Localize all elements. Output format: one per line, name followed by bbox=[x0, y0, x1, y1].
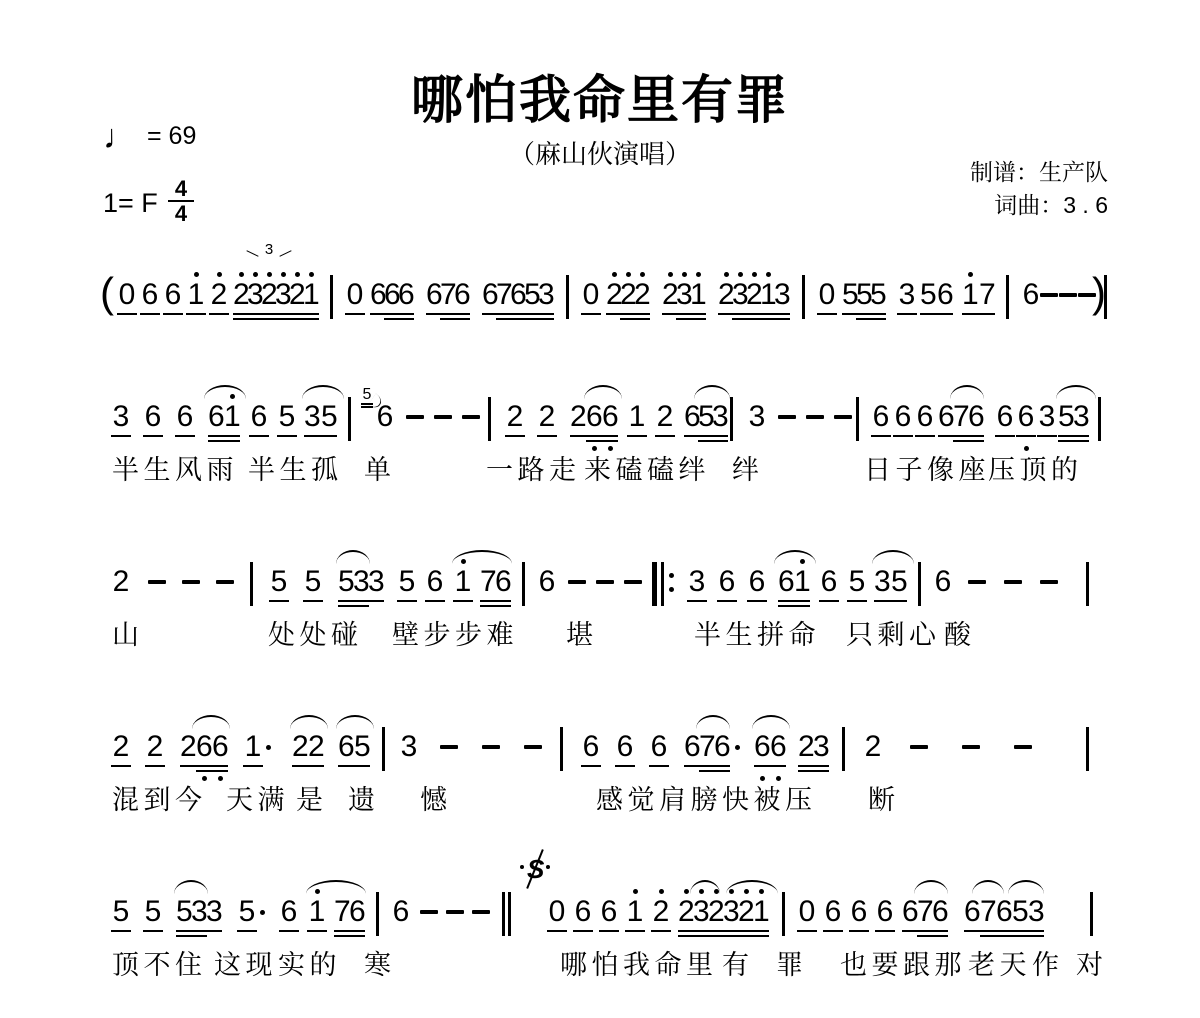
beam-line bbox=[581, 313, 601, 315]
time-signature-numerator: 4 bbox=[168, 177, 194, 202]
beam-line bbox=[962, 313, 995, 315]
beam-line bbox=[304, 435, 337, 437]
slur-arc bbox=[972, 880, 1004, 894]
octave-dot-above bbox=[752, 272, 757, 277]
credit-arranger: 制谱：生产队 bbox=[970, 156, 1108, 189]
beam-line bbox=[856, 318, 886, 320]
beam-line bbox=[145, 765, 165, 767]
beam-line bbox=[620, 318, 650, 320]
note: 6 bbox=[208, 400, 224, 434]
beam-line bbox=[676, 318, 706, 320]
note: 3 bbox=[206, 895, 222, 929]
beam-line bbox=[897, 313, 917, 315]
duration-dash bbox=[1004, 580, 1022, 584]
note: 6 bbox=[902, 895, 918, 929]
note: 6 bbox=[820, 565, 838, 599]
note: 5 bbox=[870, 278, 886, 312]
tuplet-number: 3 bbox=[265, 241, 273, 258]
note: 5 bbox=[398, 565, 416, 599]
lyric-phrase: 罪 bbox=[776, 943, 808, 982]
note: 3 bbox=[1028, 895, 1044, 929]
octave-dot-above bbox=[309, 272, 314, 277]
note: 1 bbox=[628, 400, 646, 434]
beam-line bbox=[277, 435, 297, 437]
beam-line bbox=[196, 770, 228, 772]
score-line: 2226612265366667666232混到今天满是遗憾感觉肩膀快被压断 bbox=[0, 730, 1200, 840]
note: 6 bbox=[600, 895, 618, 929]
lyric-phrase: 哪怕我命里 bbox=[560, 943, 718, 982]
beam-line bbox=[547, 930, 567, 932]
barline bbox=[376, 892, 379, 936]
note: 3 bbox=[898, 278, 916, 312]
octave-dot-above bbox=[766, 272, 771, 277]
duration-dash bbox=[962, 745, 980, 749]
duration-dash bbox=[182, 580, 200, 584]
note: 3 bbox=[712, 400, 728, 434]
note: 6 bbox=[616, 730, 634, 764]
lyric-phrase: 壁步步难 bbox=[392, 613, 518, 652]
score-line: 2555335617663666165356山处处碰壁步步难堪半生拼命只剩心酸 bbox=[0, 565, 1200, 675]
note: 6 bbox=[349, 895, 365, 929]
note: 1 bbox=[454, 565, 472, 599]
duration-dash bbox=[406, 415, 424, 419]
beam-line bbox=[798, 765, 829, 767]
beam-line bbox=[208, 440, 240, 442]
duration-dash bbox=[596, 580, 614, 584]
lyric-phrase: 只剩心 bbox=[846, 613, 941, 652]
duration-dash bbox=[910, 745, 928, 749]
beam-line bbox=[175, 435, 195, 437]
note: 6 bbox=[164, 278, 182, 312]
duration-dash bbox=[778, 415, 796, 419]
slur-arc bbox=[452, 550, 512, 564]
note: 6 bbox=[426, 565, 444, 599]
barline bbox=[782, 892, 785, 936]
note: 2 bbox=[210, 278, 228, 312]
lyric-phrase: 对 bbox=[1076, 943, 1108, 982]
note: 6 bbox=[754, 730, 770, 764]
note: 3 bbox=[693, 895, 709, 929]
augmentation-dot bbox=[735, 745, 740, 750]
slur-arc bbox=[696, 715, 730, 729]
note: 6 bbox=[212, 730, 228, 764]
note: 6 bbox=[937, 278, 953, 312]
beam-line bbox=[823, 930, 843, 932]
note: 3 bbox=[723, 895, 739, 929]
octave-dot-above bbox=[684, 889, 689, 894]
beam-line bbox=[678, 935, 769, 937]
note: 6 bbox=[996, 895, 1012, 929]
duration-dash bbox=[834, 415, 852, 419]
octave-dot-above bbox=[724, 272, 729, 277]
slur-arc bbox=[336, 550, 370, 564]
note: 6 bbox=[684, 730, 700, 764]
note: 2 bbox=[708, 895, 724, 929]
note: 6 bbox=[718, 565, 736, 599]
note: 7 bbox=[699, 730, 715, 764]
note: 7 bbox=[917, 895, 933, 929]
note: 3 bbox=[688, 565, 706, 599]
beam-line bbox=[938, 435, 984, 437]
note: 2 bbox=[570, 400, 586, 434]
note: 3 bbox=[538, 278, 554, 312]
note: 1 bbox=[690, 278, 706, 312]
duration-dash bbox=[968, 580, 986, 584]
beam-line bbox=[699, 770, 730, 772]
note: 2 bbox=[652, 895, 670, 929]
note: 6 bbox=[916, 400, 934, 434]
note: 6 bbox=[934, 565, 952, 599]
beam-line bbox=[480, 600, 511, 602]
beam-line bbox=[684, 765, 730, 767]
beam-line bbox=[397, 600, 417, 602]
note: 6 bbox=[850, 895, 868, 929]
beam-line bbox=[338, 600, 384, 602]
beam-line bbox=[747, 600, 767, 602]
barline bbox=[560, 727, 563, 771]
lyric-phrase: 寒 bbox=[364, 943, 396, 982]
beam-line bbox=[678, 930, 769, 932]
note: 3 bbox=[774, 278, 790, 312]
note: 5 bbox=[891, 565, 907, 599]
note: 3 bbox=[353, 565, 369, 599]
lyric-phrase: 半生风雨 bbox=[112, 448, 238, 487]
lyric-phrase: 酸 bbox=[944, 613, 976, 652]
duration-dash bbox=[434, 415, 452, 419]
note: 2 bbox=[634, 278, 650, 312]
beam-line bbox=[798, 770, 829, 772]
octave-dot-above bbox=[217, 272, 222, 277]
note: 6 bbox=[770, 730, 786, 764]
beam-line bbox=[269, 600, 289, 602]
note: 6 bbox=[876, 895, 894, 929]
barline bbox=[522, 562, 525, 606]
beam-line bbox=[334, 935, 365, 937]
lyric-phrase: 实的 bbox=[278, 943, 341, 982]
slur-arc bbox=[290, 715, 328, 729]
note: 6 bbox=[602, 400, 618, 434]
beam-line bbox=[1058, 435, 1089, 437]
duration-dash bbox=[1040, 580, 1058, 584]
credit-writer: 词曲：3 . 6 bbox=[970, 189, 1108, 222]
lyric-phrase: 感觉肩膀快被压 bbox=[596, 778, 817, 817]
note: 1 bbox=[626, 895, 644, 929]
note: 3 bbox=[813, 730, 829, 764]
beam-line bbox=[482, 313, 554, 315]
octave-dot-above bbox=[253, 272, 258, 277]
duration-dash bbox=[524, 745, 542, 749]
slur-arc bbox=[914, 880, 948, 894]
duration-dash bbox=[1059, 293, 1077, 297]
beam-line bbox=[570, 435, 618, 437]
note: 1 bbox=[187, 278, 205, 312]
note: 5 bbox=[304, 565, 322, 599]
lyric-phrase: 山 bbox=[112, 613, 144, 652]
note: 0 bbox=[582, 278, 600, 312]
beam-line bbox=[980, 935, 1044, 937]
note: 3 bbox=[304, 400, 320, 434]
note: 3 bbox=[1038, 400, 1056, 434]
note: 5 bbox=[278, 400, 296, 434]
barline bbox=[382, 727, 385, 771]
barline bbox=[1006, 275, 1009, 319]
octave-dot-above bbox=[295, 272, 300, 277]
beam-line bbox=[917, 935, 948, 937]
note: 3 bbox=[191, 895, 207, 929]
octave-dot-below bbox=[218, 776, 223, 781]
note: 6 bbox=[250, 400, 268, 434]
note: 5 bbox=[1012, 895, 1028, 929]
beam-line bbox=[849, 930, 869, 932]
beam-line bbox=[615, 765, 635, 767]
note: 1 bbox=[303, 278, 319, 312]
beam-line bbox=[599, 930, 619, 932]
beam-line bbox=[655, 435, 675, 437]
beam-line bbox=[140, 313, 160, 315]
note: 3 bbox=[1073, 400, 1089, 434]
beam-line bbox=[384, 318, 414, 320]
duration-dash bbox=[806, 415, 824, 419]
note: 2 bbox=[738, 895, 754, 929]
note: 6 bbox=[376, 400, 394, 434]
tempo-value: = 69 bbox=[147, 122, 196, 150]
beam-line bbox=[754, 765, 786, 767]
octave-dot-above bbox=[612, 272, 617, 277]
barline bbox=[488, 397, 491, 441]
beam-line bbox=[606, 313, 650, 315]
beam-line bbox=[1037, 435, 1057, 437]
note: 6 bbox=[1022, 278, 1040, 312]
barline bbox=[1086, 562, 1089, 606]
beam-line bbox=[573, 930, 593, 932]
note: 7 bbox=[953, 400, 969, 434]
beam-line bbox=[176, 935, 207, 937]
beam-line bbox=[662, 313, 706, 315]
beam-line bbox=[902, 930, 948, 932]
beam-line bbox=[208, 435, 240, 437]
octave-dot-above bbox=[668, 272, 673, 277]
note: 5 bbox=[1058, 400, 1074, 434]
note: 6 bbox=[392, 895, 410, 929]
beam-line bbox=[292, 765, 324, 767]
note: 5 bbox=[321, 400, 337, 434]
barline bbox=[802, 275, 805, 319]
note: 1 bbox=[224, 400, 240, 434]
lyric-phrase: 单 bbox=[364, 448, 396, 487]
barline bbox=[1104, 275, 1107, 319]
note: 6 bbox=[574, 895, 592, 929]
note: 6 bbox=[778, 565, 794, 599]
note: 5 bbox=[144, 895, 162, 929]
beam-line bbox=[717, 600, 737, 602]
quarter-note-icon: ♩ bbox=[103, 118, 137, 156]
barline bbox=[1098, 397, 1101, 441]
segno-icon: S bbox=[524, 851, 546, 887]
lyric-phrase: 绊 bbox=[732, 448, 764, 487]
note: 5 bbox=[112, 895, 130, 929]
slur-arc bbox=[726, 880, 778, 894]
time-signature-denominator: 4 bbox=[168, 202, 194, 225]
lyric-phrase: 堪 bbox=[566, 613, 598, 652]
note: 6 bbox=[586, 400, 602, 434]
beam-line bbox=[111, 930, 131, 932]
note: 2 bbox=[798, 730, 814, 764]
beam-line bbox=[163, 313, 183, 315]
note: 2 bbox=[506, 400, 524, 434]
beam-line bbox=[874, 600, 907, 602]
beam-line bbox=[797, 930, 817, 932]
beam-line bbox=[111, 435, 131, 437]
barline bbox=[842, 727, 845, 771]
octave-dot-above bbox=[968, 272, 973, 277]
note: 6 bbox=[495, 565, 511, 599]
note: 0 bbox=[798, 895, 816, 929]
barline bbox=[1090, 892, 1093, 936]
lyric-phrase: 半生拼命 bbox=[694, 613, 820, 652]
augmentation-dot bbox=[260, 910, 265, 915]
slur-arc bbox=[306, 880, 366, 894]
duration-dash bbox=[216, 580, 234, 584]
beam-line bbox=[1016, 435, 1036, 437]
augmentation-dot bbox=[266, 745, 271, 750]
credits-block: 制谱：生产队 词曲：3 . 6 bbox=[970, 156, 1108, 222]
note: 5 bbox=[238, 895, 256, 929]
barline bbox=[1086, 727, 1089, 771]
note: 2 bbox=[864, 730, 882, 764]
octave-dot-above bbox=[626, 272, 631, 277]
beam-line bbox=[581, 765, 601, 767]
note: 5 bbox=[354, 730, 370, 764]
lyric-phrase: 憾 bbox=[420, 778, 452, 817]
note: 6 bbox=[650, 730, 668, 764]
beam-line bbox=[338, 605, 369, 607]
note: 0 bbox=[346, 278, 364, 312]
note: 5 bbox=[848, 565, 866, 599]
beam-line bbox=[453, 600, 473, 602]
duration-dash bbox=[1040, 293, 1058, 297]
beam-line bbox=[732, 318, 790, 320]
note: 6 bbox=[872, 400, 890, 434]
note: 3 bbox=[874, 565, 890, 599]
beam-line bbox=[209, 313, 229, 315]
note: 7 bbox=[979, 278, 995, 312]
note: 6 bbox=[748, 565, 766, 599]
beam-line bbox=[625, 930, 645, 932]
note: 0 bbox=[548, 895, 566, 929]
note: 2 bbox=[146, 730, 164, 764]
note: 1 bbox=[794, 565, 810, 599]
note: 7 bbox=[980, 895, 996, 929]
slur-arc bbox=[174, 880, 208, 894]
beam-line bbox=[425, 600, 445, 602]
note: 1 bbox=[308, 895, 326, 929]
beam-line bbox=[537, 435, 557, 437]
tuplet-bracket: 3 bbox=[246, 244, 292, 262]
slur-arc bbox=[872, 550, 914, 564]
duration-dash bbox=[440, 745, 458, 749]
lyric-phrase: 这现 bbox=[214, 943, 277, 982]
note: 2 bbox=[180, 730, 196, 764]
beam-line bbox=[338, 765, 370, 767]
score-line: (066122323213066667667653022223123213055… bbox=[0, 278, 1200, 388]
note: 0 bbox=[118, 278, 136, 312]
note: 2 bbox=[538, 400, 556, 434]
beam-line bbox=[875, 930, 895, 932]
duration-dash bbox=[568, 580, 586, 584]
duration-dash bbox=[148, 580, 166, 584]
note: 5 bbox=[338, 565, 354, 599]
beam-line bbox=[117, 313, 137, 315]
note: 6 bbox=[176, 400, 194, 434]
beam-line bbox=[440, 318, 470, 320]
note: 5 bbox=[270, 565, 288, 599]
beam-line bbox=[819, 600, 839, 602]
beam-line bbox=[627, 435, 647, 437]
note: 7 bbox=[334, 895, 350, 929]
note: 6 bbox=[714, 730, 730, 764]
note: 6 bbox=[1017, 400, 1035, 434]
lyric-phrase: 日子像座 bbox=[864, 448, 990, 487]
note: 3 bbox=[748, 400, 766, 434]
beam-line bbox=[817, 313, 837, 315]
parenthesis: ( bbox=[100, 270, 114, 316]
note: 2 bbox=[678, 895, 694, 929]
beam-line bbox=[370, 313, 414, 315]
beam-line bbox=[176, 930, 222, 932]
note: 6 bbox=[938, 400, 954, 434]
score-line: 366616535562226612653366667666353半生风雨半生孤… bbox=[0, 400, 1200, 510]
note: 1 bbox=[962, 278, 978, 312]
beam-line bbox=[180, 765, 228, 767]
octave-dot-above bbox=[696, 272, 701, 277]
duration-dash bbox=[472, 910, 490, 914]
note: 6 bbox=[144, 400, 162, 434]
beam-line bbox=[480, 605, 511, 607]
note: 3 bbox=[368, 565, 384, 599]
note: 2 bbox=[308, 730, 324, 764]
lyric-phrase: 遗 bbox=[348, 778, 380, 817]
lyric-phrase: 混到今 bbox=[112, 778, 207, 817]
barline bbox=[566, 275, 569, 319]
note: 6 bbox=[196, 730, 212, 764]
note: 0 bbox=[818, 278, 836, 312]
slur-arc bbox=[774, 550, 816, 564]
lyric-phrase: 作 bbox=[1032, 943, 1064, 982]
lyric-phrase: 有 bbox=[722, 943, 754, 982]
beam-line bbox=[496, 318, 554, 320]
note: 6 bbox=[932, 895, 948, 929]
beam-line bbox=[871, 435, 891, 437]
note: 5 bbox=[920, 278, 936, 312]
slur-arc bbox=[192, 715, 230, 729]
duration-dash bbox=[462, 415, 480, 419]
score-line: 55533561766S06612232321066667667653顶不住这现… bbox=[0, 895, 1200, 1005]
note: 6 bbox=[398, 278, 414, 312]
note: 6 bbox=[538, 565, 556, 599]
lyric-phrase: 压顶的 bbox=[988, 448, 1083, 487]
beam-line bbox=[1058, 440, 1089, 442]
beam-line bbox=[995, 435, 1015, 437]
beam-line bbox=[778, 600, 810, 602]
note: 3 bbox=[112, 400, 130, 434]
lyric-phrase: 断 bbox=[868, 778, 900, 817]
key-signature: 1= F bbox=[103, 188, 158, 219]
time-signature: 4 4 bbox=[168, 177, 194, 225]
octave-dot-above bbox=[738, 272, 743, 277]
note: 6 bbox=[824, 895, 842, 929]
beam-line bbox=[920, 313, 953, 315]
note: 1 bbox=[753, 895, 769, 929]
